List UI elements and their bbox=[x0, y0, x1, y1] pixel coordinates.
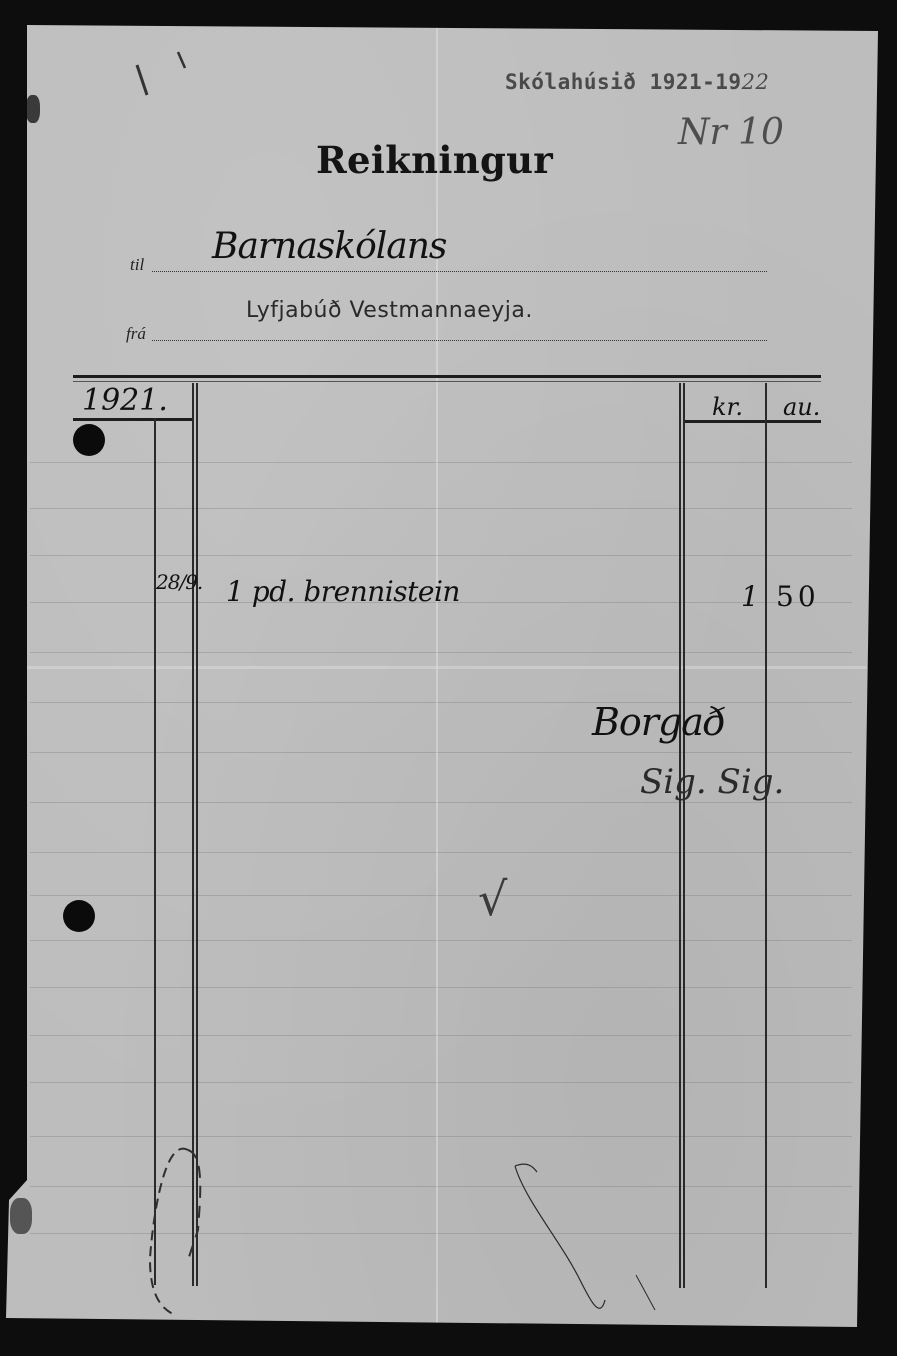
invoice-paper: Skólahúsið 1921-1922 Nr 10 Reikningur ti… bbox=[0, 0, 897, 1356]
stray-pen-marks bbox=[0, 0, 897, 1356]
